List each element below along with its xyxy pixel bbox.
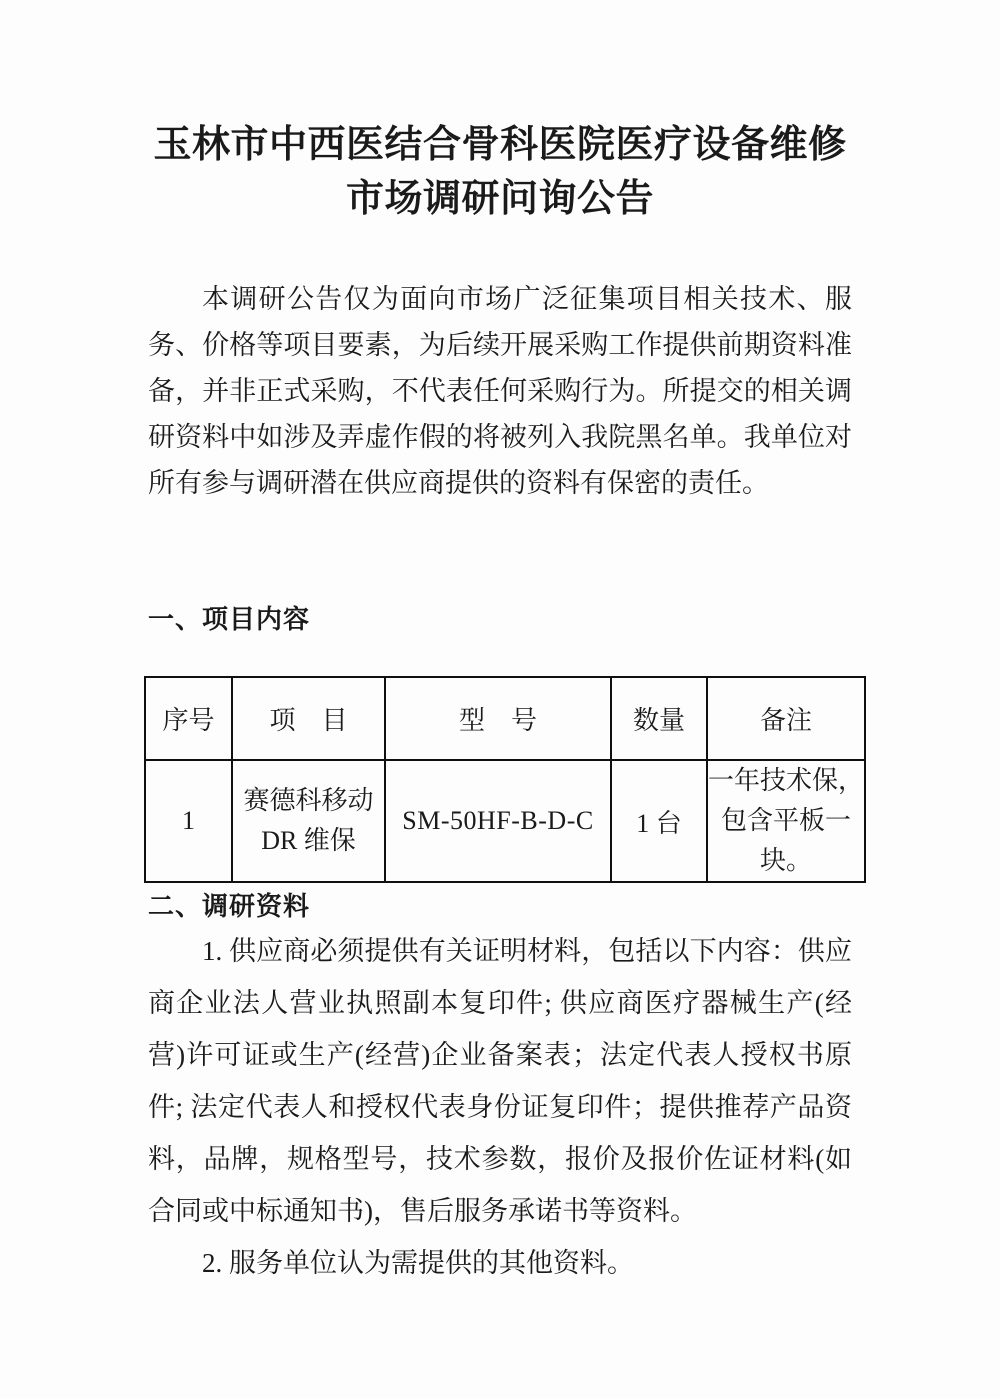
intro-paragraph: 本调研公告仅为面向市场广泛征集项目相关技术、服务、价格等项目要素，为后续开展采购…: [148, 276, 852, 506]
section-2-heading: 二、调研资料: [148, 891, 852, 921]
section-2-item-2: 2. 服务单位认为需提供的其他资料。: [148, 1237, 852, 1289]
document-page: 玉林市中西医结合骨科医院医疗设备维修 市场调研问询公告 本调研公告仅为面向市场广…: [0, 0, 1000, 1398]
document-title: 玉林市中西医结合骨科医院医疗设备维修 市场调研问询公告: [148, 0, 852, 226]
header-cell-model: 型 号: [385, 677, 611, 760]
section-1-heading: 一、项目内容: [148, 604, 852, 634]
table-header-row: 序号 项 目 型 号 数量 备注: [145, 677, 865, 760]
cell-item: 赛德科移动DR 维保: [232, 760, 385, 882]
header-cell-seq: 序号: [145, 677, 232, 760]
title-line-2: 市场调研问询公告: [148, 172, 852, 226]
cell-model: SM-50HF-B-D-C: [385, 760, 611, 882]
cell-seq: 1: [145, 760, 232, 882]
title-line-1: 玉林市中西医结合骨科医院医疗设备维修: [148, 118, 852, 172]
header-cell-remark: 备注: [707, 677, 865, 760]
project-table: 序号 项 目 型 号 数量 备注 1 赛德科移动DR 维保 SM-50HF-B-…: [144, 676, 866, 883]
cell-qty: 1 台: [611, 760, 707, 882]
table-row: 1 赛德科移动DR 维保 SM-50HF-B-D-C 1 台 一年技术保，包含平…: [145, 760, 865, 882]
section-2-item-1: 1. 供应商必须提供有关证明材料，包括以下内容：供应商企业法人营业执照副本复印件…: [148, 925, 852, 1237]
header-cell-item: 项 目: [232, 677, 385, 760]
header-cell-qty: 数量: [611, 677, 707, 760]
cell-remark: 一年技术保，包含平板一块。: [707, 760, 865, 882]
